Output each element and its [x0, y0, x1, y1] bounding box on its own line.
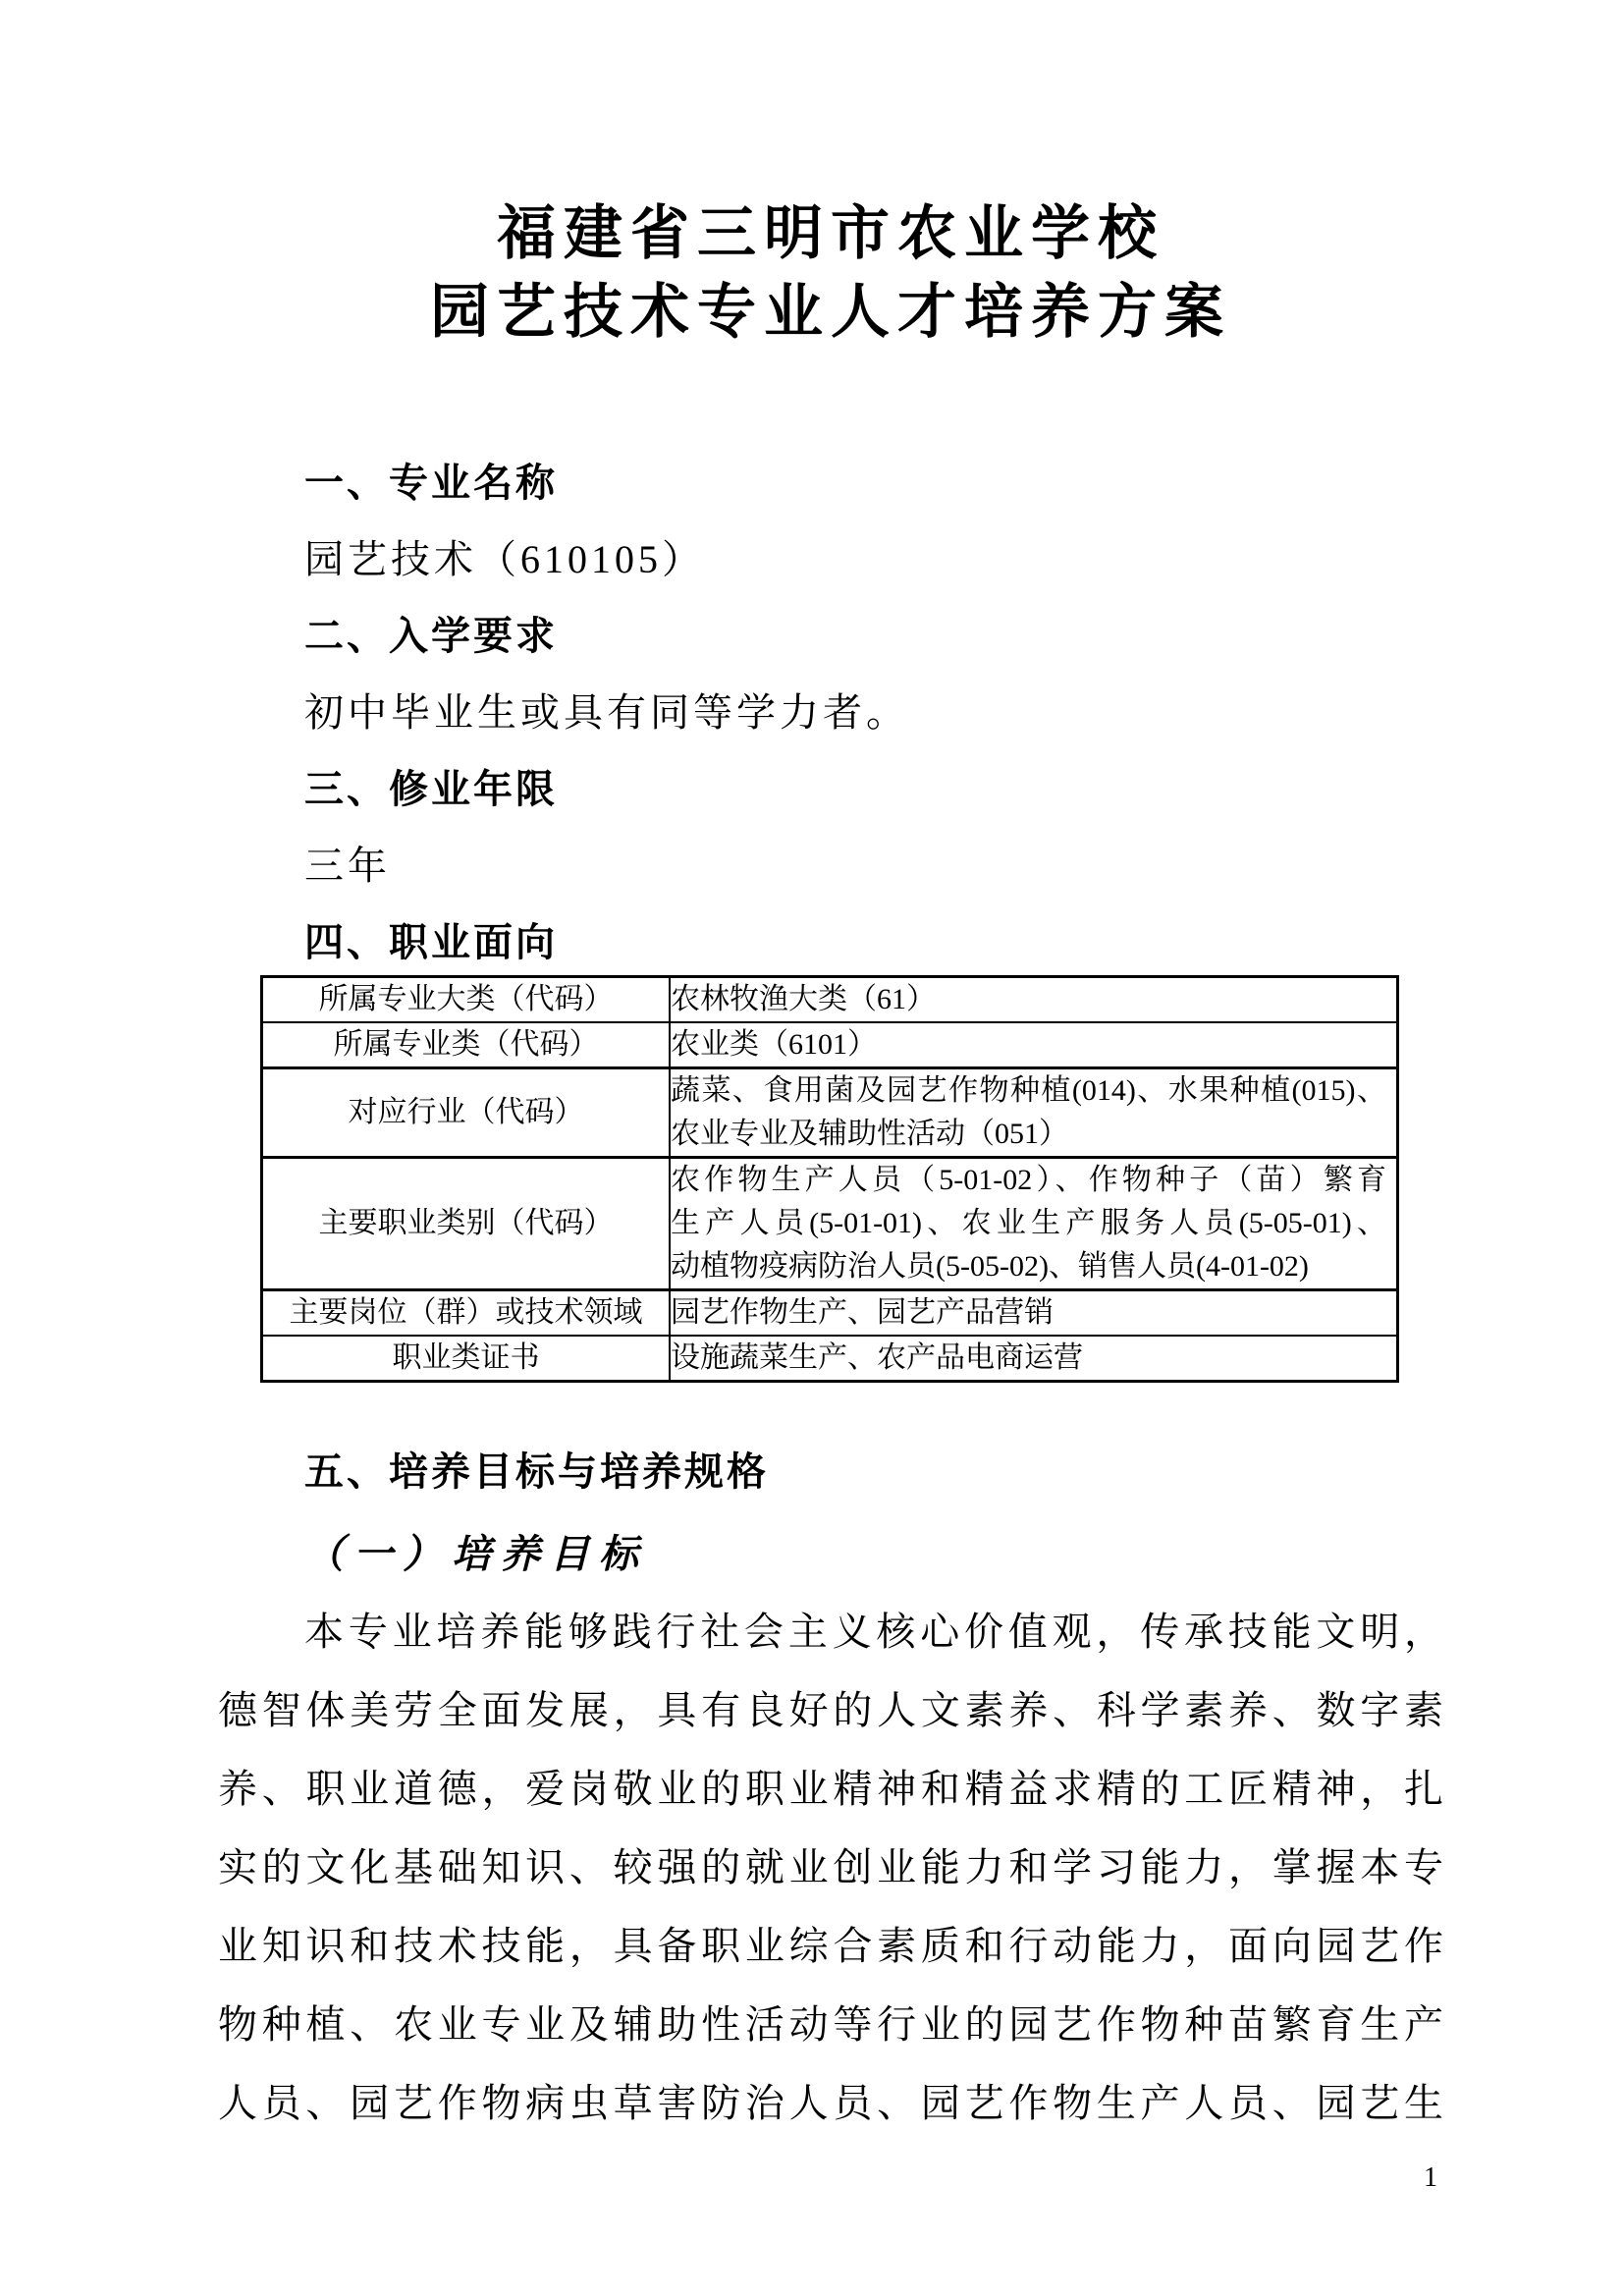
row-value-line: 农作物生产人员（5-01-02）、作物种子（苗）繁育 [671, 1159, 1396, 1202]
table-row: 主要职业类别（代码） 农作物生产人员（5-01-02）、作物种子（苗）繁育 生产… [262, 1158, 1398, 1290]
paragraph-line: 养、职业道德，爱岗敬业的职业精神和精益求精的工匠精神，扎 [218, 1750, 1443, 1829]
row-value: 园艺作物生产、园艺产品营销 [671, 1291, 1396, 1335]
document-title-line-1: 福建省三明市农业学校 [218, 194, 1443, 273]
row-label: 对应行业（代码） [262, 1068, 671, 1158]
document-page: 福建省三明市农业学校 园艺技术专业人才培养方案 一、专业名称 园艺技术（6101… [0, 0, 1623, 2296]
paragraph-line: 物种植、农业专业及辅助性活动等行业的园艺作物种苗繁育生产 [218, 1986, 1443, 2064]
section-heading-5: 五、培养目标与培养规格 [218, 1434, 1443, 1510]
row-label: 所属专业大类（代码） [262, 977, 671, 1023]
row-label: 职业类证书 [262, 1336, 671, 1382]
table-row: 所属专业类（代码） 农业类（6101） [262, 1022, 1398, 1068]
section-body-3: 三年 [218, 828, 1443, 904]
row-value-line: 动植物疫病防治人员(5-05-02)、销售人员(4-01-02) [671, 1245, 1396, 1288]
paragraph-line: 本专业培养能够践行社会主义核心价值观，传承技能文明， [218, 1593, 1443, 1671]
row-label: 所属专业类（代码） [262, 1022, 671, 1068]
section-heading-3: 三、修业年限 [218, 751, 1443, 828]
section-heading-1: 一、专业名称 [218, 445, 1443, 521]
table-row: 职业类证书 设施蔬菜生产、农产品电商运营 [262, 1336, 1398, 1382]
table-row: 主要岗位（群）或技术领域 园艺作物生产、园艺产品营销 [262, 1290, 1398, 1337]
paragraph-line: 业知识和技术技能，具备职业综合素质和行动能力，面向园艺作 [218, 1907, 1443, 1986]
paragraph-line: 德智体美劳全面发展，具有良好的人文素养、科学素养、数字素 [218, 1671, 1443, 1750]
section-subheading-5-1: （一）培养目标 [218, 1516, 1443, 1593]
section-body-1: 园艺技术（610105） [218, 521, 1443, 598]
section-body-2: 初中毕业生或具有同等学力者。 [218, 675, 1443, 751]
row-value-line: 蔬菜、食用菌及园艺作物种植(014)、水果种植(015)、 [671, 1069, 1396, 1113]
section-heading-2: 二、入学要求 [218, 598, 1443, 675]
paragraph-line: 人员、园艺作物病虫草害防治人员、园艺作物生产人员、园艺生 [218, 2064, 1443, 2143]
document-title: 福建省三明市农业学校 园艺技术专业人才培养方案 [218, 0, 1443, 352]
row-value: 设施蔬菜生产、农产品电商运营 [671, 1337, 1396, 1380]
row-value: 农林牧渔大类（61） [671, 978, 1396, 1021]
section-heading-4: 四、职业面向 [218, 904, 1443, 981]
paragraph-line: 实的文化基础知识、较强的就业创业能力和学习能力，掌握本专 [218, 1829, 1443, 1907]
training-goal-paragraph: 本专业培养能够践行社会主义核心价值观，传承技能文明， 德智体美劳全面发展，具有良… [218, 1593, 1443, 2143]
row-label: 主要职业类别（代码） [262, 1158, 671, 1290]
row-value-line: 农业专业及辅助性活动（051） [671, 1113, 1396, 1156]
row-value-line: 生产人员(5-01-01)、农业生产服务人员(5-05-01)、 [671, 1202, 1396, 1245]
career-orientation-table: 所属专业大类（代码） 农林牧渔大类（61） 所属专业类（代码） 农业类（6101… [260, 975, 1399, 1383]
page-number: 1 [218, 2160, 1443, 2196]
row-value: 农业类（6101） [671, 1023, 1396, 1066]
row-label: 主要岗位（群）或技术领域 [262, 1290, 671, 1337]
table-row: 所属专业大类（代码） 农林牧渔大类（61） [262, 977, 1398, 1023]
document-title-line-2: 园艺技术专业人才培养方案 [218, 273, 1443, 352]
table-row: 对应行业（代码） 蔬菜、食用菌及园艺作物种植(014)、水果种植(015)、 农… [262, 1068, 1398, 1158]
